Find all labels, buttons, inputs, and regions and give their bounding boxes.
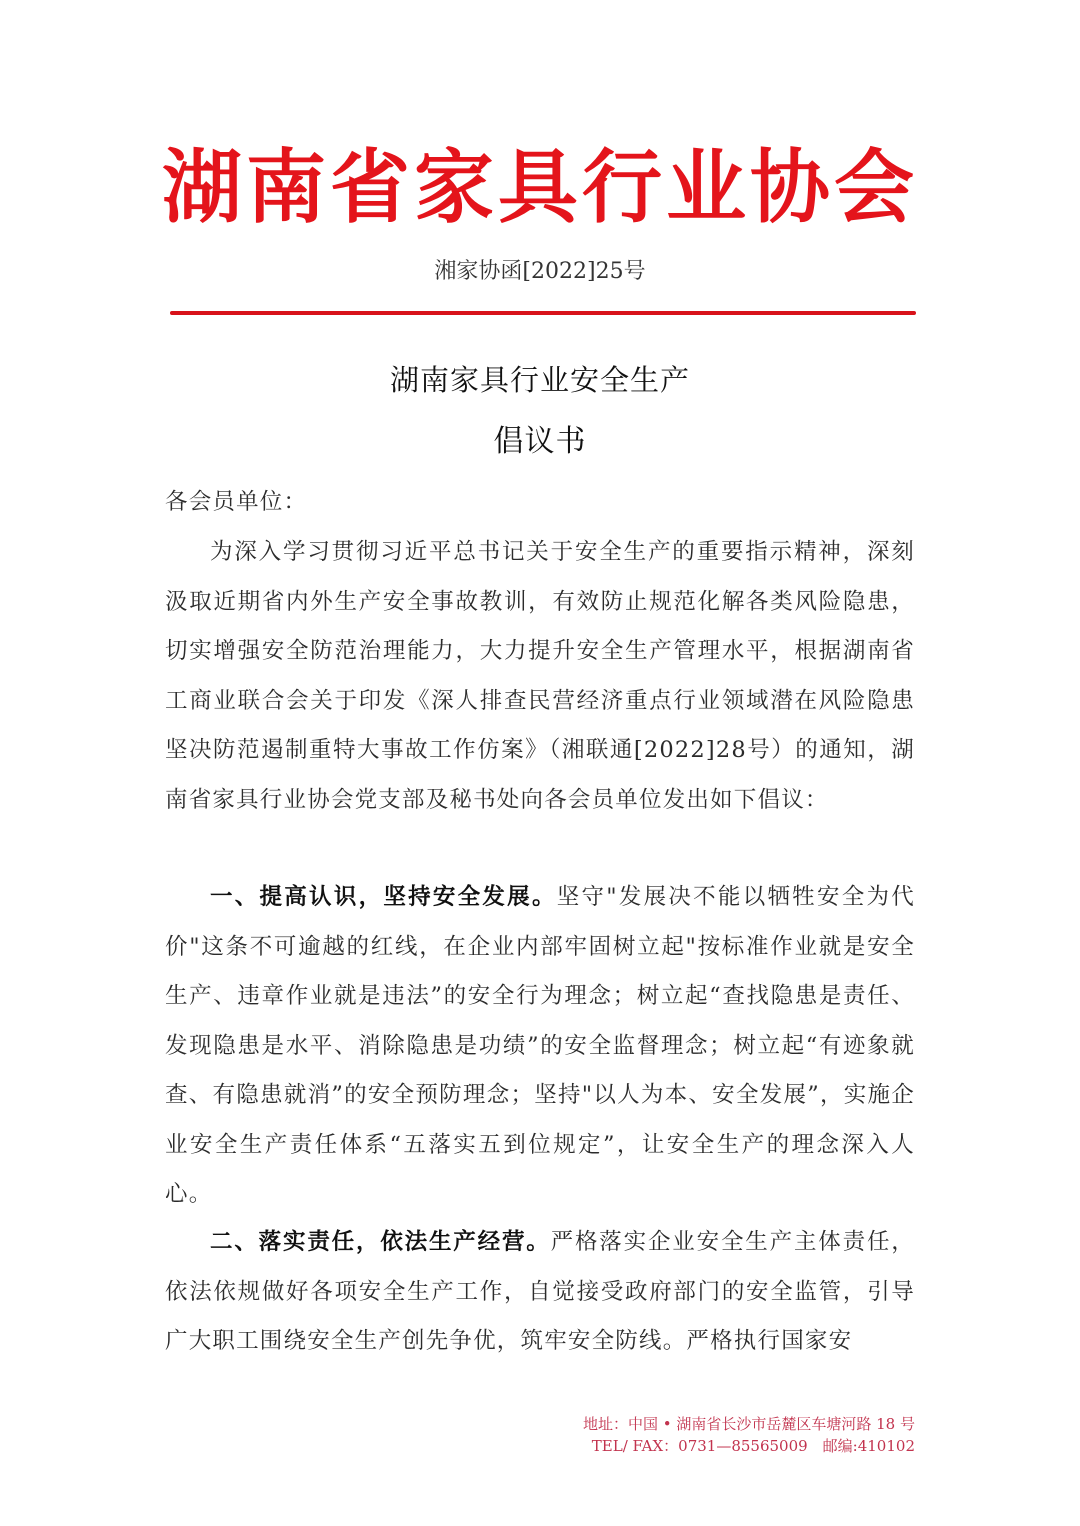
section-2-paragraph: 二、落实责任，依法生产经营。严格落实企业安全生产主体责任，依法依规做好各项安全生… (165, 1218, 915, 1367)
document-title-line2: 倡议书 (0, 420, 1080, 464)
section-1-text: 坚守"发展决不能以牺牲安全为代价"这条不可逾越的红线，在企业内部牢固树立起"按标… (165, 884, 915, 1207)
section-2-heading: 二、落实责任，依法生产经营。 (210, 1229, 551, 1255)
section-1-paragraph: 一、提高认识，坚持安全发展。坚守"发展决不能以牺牲安全为代价"这条不可逾越的红线… (165, 873, 915, 1220)
letterhead-organization: 湖南省家具行业协会 (0, 138, 1080, 238)
section-1-heading: 一、提高认识，坚持安全发展。 (210, 884, 557, 910)
letterhead-divider (170, 311, 916, 315)
footer-address: 地址：中国 • 湖南省长沙市岳麓区车塘河路 18 号 (540, 1413, 915, 1435)
footer-contact: 地址：中国 • 湖南省长沙市岳麓区车塘河路 18 号 TEL/ FAX：0731… (540, 1413, 915, 1457)
document-number: 湘家协函[2022]25号 (0, 255, 1080, 289)
intro-paragraph: 为深入学习贯彻习近平总书记关于安全生产的重要指示精神，深刻汲取近期省内外生产安全… (165, 528, 915, 825)
document-title-line1: 湖南家具行业安全生产 (0, 358, 1080, 402)
footer-phone-postcode: TEL/ FAX：0731—85565009 邮编:410102 (540, 1435, 915, 1457)
salutation: 各会员单位： (165, 478, 915, 528)
